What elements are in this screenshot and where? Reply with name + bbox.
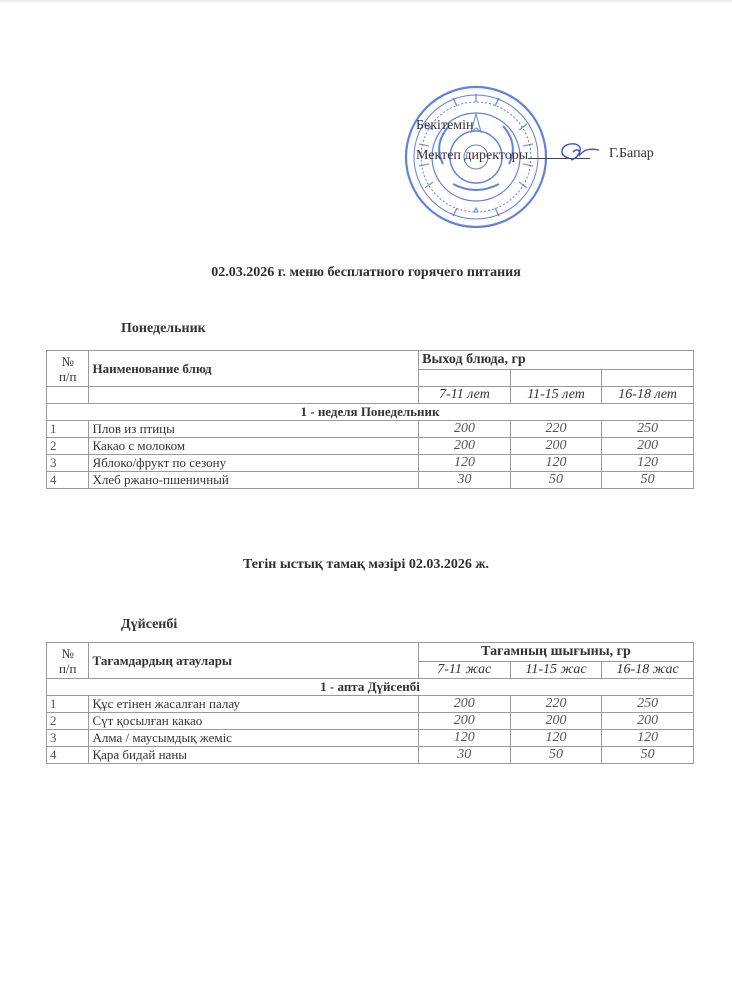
- dish-name: Плов из птицы: [89, 421, 419, 438]
- director-label: Мектеп директоры: [416, 148, 528, 163]
- dish-name: Какао с молоком: [89, 438, 419, 455]
- col-header-portion: Тағамның шығыны, гр: [418, 643, 693, 662]
- age-group-header: 16-18 лет: [602, 387, 694, 404]
- age-group-header: 7-11 лет: [419, 387, 511, 404]
- portion-value: 50: [602, 472, 694, 489]
- week-row: 1 - апта Дүйсенбі: [47, 679, 694, 696]
- table-row: 1Плов из птицы200220250: [47, 421, 694, 438]
- row-number: 2: [47, 713, 89, 730]
- empty-cell: [89, 387, 419, 404]
- dish-name: Құс етінен жасалған палау: [89, 696, 419, 713]
- portion-value: 200: [418, 696, 510, 713]
- day-label-ru: Понедельник: [121, 321, 206, 337]
- portion-value: 120: [602, 730, 694, 747]
- day-label-kz: Дүйсенбі: [121, 617, 177, 633]
- col-header-number: № п/п: [47, 643, 89, 679]
- col-header-dish-name: Наименование блюд: [89, 351, 419, 387]
- portion-value: 120: [510, 730, 602, 747]
- dish-name: Хлеб ржано-пшеничный: [89, 472, 419, 489]
- age-group-header: 7-11 жас: [418, 662, 510, 679]
- approval-label: Бекітемін: [416, 118, 474, 134]
- row-number: 3: [47, 730, 89, 747]
- menu-table-kz: № п/п Тағамдардың атаулары Тағамның шығы…: [46, 642, 694, 764]
- row-number: 2: [47, 438, 89, 455]
- dish-name: Яблоко/фрукт по сезону: [89, 455, 419, 472]
- portion-value: 30: [418, 747, 510, 764]
- age-group-header: 11-15 жас: [510, 662, 602, 679]
- portion-value: 120: [419, 455, 511, 472]
- age-group-header: 16-18 жас: [602, 662, 694, 679]
- portion-value: 200: [419, 421, 511, 438]
- portion-value: 200: [602, 438, 694, 455]
- portion-value: 120: [510, 455, 602, 472]
- empty-cell: [510, 370, 602, 387]
- portion-value: 50: [602, 747, 694, 764]
- age-group-header: 11-15 лет: [510, 387, 602, 404]
- portion-value: 250: [602, 421, 694, 438]
- dish-name: Қара бидай наны: [89, 747, 419, 764]
- portion-value: 200: [510, 438, 602, 455]
- row-number: 1: [47, 421, 89, 438]
- menu-title-kz: Тегін ыстық тамақ мәзірі 02.03.2026 ж.: [0, 557, 732, 573]
- empty-cell: [602, 370, 694, 387]
- table-row: 2Какао с молоком200200200: [47, 438, 694, 455]
- table-row: 1Құс етінен жасалған палау200220250: [47, 696, 694, 713]
- col-header-portion: Выход блюда, гр: [419, 351, 694, 370]
- col-header-number: № п/п: [47, 351, 89, 387]
- director-name: Г.Бапар: [609, 146, 654, 162]
- row-number: 4: [47, 747, 89, 764]
- portion-value: 50: [510, 747, 602, 764]
- row-number: 4: [47, 472, 89, 489]
- menu-table-ru: № п/п Наименование блюд Выход блюда, гр …: [46, 350, 694, 489]
- empty-cell: [47, 387, 89, 404]
- portion-value: 50: [510, 472, 602, 489]
- dish-name: Сүт қосылған какао: [89, 713, 419, 730]
- row-number: 3: [47, 455, 89, 472]
- portion-value: 250: [602, 696, 694, 713]
- row-number: 1: [47, 696, 89, 713]
- table-row: 2Сүт қосылған какао200200200: [47, 713, 694, 730]
- portion-value: 200: [419, 438, 511, 455]
- table-row: 4Хлеб ржано-пшеничный305050: [47, 472, 694, 489]
- signature-icon: [555, 138, 603, 166]
- portion-value: 200: [602, 713, 694, 730]
- empty-cell: [419, 370, 511, 387]
- table-row: 3Яблоко/фрукт по сезону120120120: [47, 455, 694, 472]
- dish-name: Алма / маусымдық жеміс: [89, 730, 419, 747]
- table-header-row: № п/п Наименование блюд Выход блюда, гр: [47, 351, 694, 370]
- portion-value: 120: [418, 730, 510, 747]
- table-row: 3Алма / маусымдық жеміс120120120: [47, 730, 694, 747]
- table-row: 4Қара бидай наны305050: [47, 747, 694, 764]
- portion-value: 220: [510, 696, 602, 713]
- table-header-row: № п/п Тағамдардың атаулары Тағамның шығы…: [47, 643, 694, 662]
- portion-value: 30: [419, 472, 511, 489]
- portion-value: 120: [602, 455, 694, 472]
- age-group-row: 7-11 лет 11-15 лет 16-18 лет: [47, 387, 694, 404]
- scan-edge: [0, 0, 732, 4]
- menu-title-ru: 02.03.2026 г. меню бесплатного горячего …: [0, 265, 732, 281]
- portion-value: 220: [510, 421, 602, 438]
- week-label: 1 - апта Дүйсенбі: [47, 679, 694, 696]
- col-header-dish-name: Тағамдардың атаулары: [89, 643, 419, 679]
- portion-value: 200: [510, 713, 602, 730]
- week-row: 1 - неделя Понедельник: [47, 404, 694, 421]
- portion-value: 200: [418, 713, 510, 730]
- week-label: 1 - неделя Понедельник: [47, 404, 694, 421]
